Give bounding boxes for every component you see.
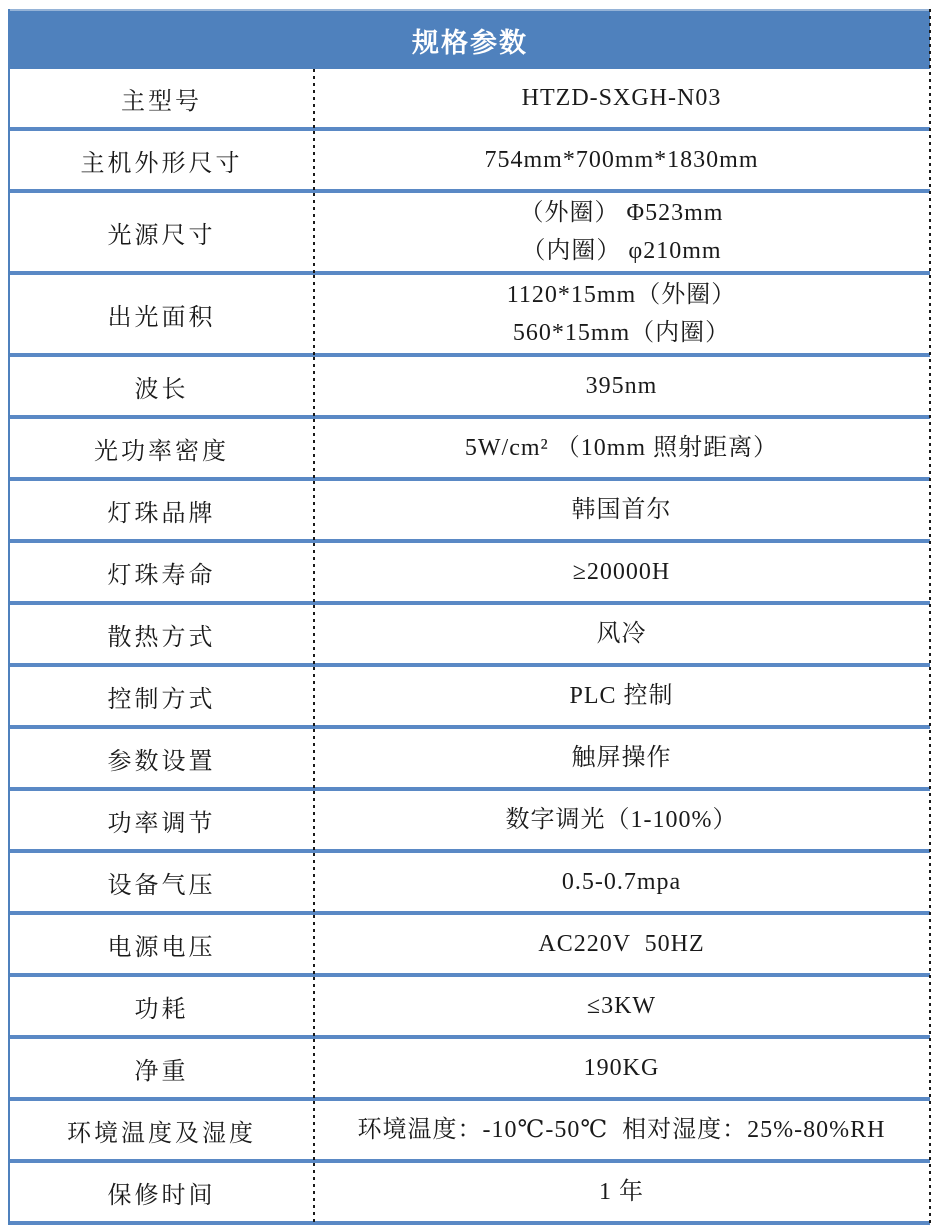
row-value: 触屏操作	[313, 729, 930, 787]
table-row: 主型号HTZD-SXGH-N03	[10, 69, 930, 131]
table-row: 灯珠寿命≥20000H	[10, 543, 930, 605]
column-divider-dotted-line	[313, 853, 315, 915]
column-divider-dotted-line	[313, 1101, 315, 1163]
row-label: 功耗	[10, 977, 313, 1035]
row-label: 控制方式	[10, 667, 313, 725]
row-value: HTZD-SXGH-N03	[313, 69, 930, 127]
row-label: 光源尺寸	[10, 193, 313, 271]
row-value-line: 触屏操作	[572, 739, 672, 777]
row-label: 散热方式	[10, 605, 313, 663]
spec-table: 规格参数 主型号HTZD-SXGH-N03主机外形尺寸754mm*700mm*1…	[8, 9, 930, 1225]
column-divider-dotted-line	[313, 1039, 315, 1101]
row-value: PLC 控制	[313, 667, 930, 725]
row-value: 5W/cm² （10mm 照射距离）	[313, 419, 930, 477]
row-value-line: 5W/cm² （10mm 照射距离）	[465, 429, 778, 467]
table-row: 主机外形尺寸754mm*700mm*1830mm	[10, 131, 930, 193]
row-value: 395nm	[313, 357, 930, 415]
column-divider-dotted-line	[313, 419, 315, 481]
row-label: 灯珠寿命	[10, 543, 313, 601]
table-row: 灯珠品牌韩国首尔	[10, 481, 930, 543]
row-value-line: 风冷	[597, 615, 647, 653]
row-value-line: （内圈） φ210mm	[521, 232, 721, 270]
table-title: 规格参数	[412, 21, 528, 60]
row-value: 190KG	[313, 1039, 930, 1097]
row-label: 净重	[10, 1039, 313, 1097]
table-row: 出光面积1120*15mm（外圈）560*15mm（内圈）	[10, 275, 930, 357]
row-label: 保修时间	[10, 1163, 313, 1221]
table-row: 光功率密度5W/cm² （10mm 照射距离）	[10, 419, 930, 481]
column-divider-dotted-line	[313, 977, 315, 1039]
row-value-line: HTZD-SXGH-N03	[522, 79, 722, 117]
column-divider-dotted-line	[313, 275, 315, 357]
row-value: 数字调光（1-100%）	[313, 791, 930, 849]
table-body: 主型号HTZD-SXGH-N03主机外形尺寸754mm*700mm*1830mm…	[10, 69, 930, 1225]
table-header: 规格参数	[10, 9, 930, 69]
page: 规格参数 主型号HTZD-SXGH-N03主机外形尺寸754mm*700mm*1…	[0, 0, 943, 1231]
table-row: 光源尺寸（外圈） Φ523mm（内圈） φ210mm	[10, 193, 930, 275]
row-label: 光功率密度	[10, 419, 313, 477]
row-value-line: 1 年	[599, 1173, 644, 1211]
table-row: 保修时间1 年	[10, 1163, 930, 1225]
column-divider-dotted-line	[313, 605, 315, 667]
row-value: 1 年	[313, 1163, 930, 1221]
row-label: 环境温度及湿度	[10, 1101, 313, 1159]
column-divider-dotted-line	[313, 667, 315, 729]
table-row: 波长395nm	[10, 357, 930, 419]
row-value: AC220V 50HZ	[313, 915, 930, 973]
row-label: 灯珠品牌	[10, 481, 313, 539]
row-label: 出光面积	[10, 275, 313, 353]
row-value-line: 数字调光（1-100%）	[506, 801, 738, 839]
row-value-line: 环境温度：-10℃-50℃ 相对湿度：25%-80%RH	[358, 1111, 886, 1149]
row-value-line: 395nm	[586, 367, 658, 405]
row-label: 设备气压	[10, 853, 313, 911]
row-value-line: PLC 控制	[569, 677, 673, 715]
row-value-line: 754mm*700mm*1830mm	[484, 141, 758, 179]
row-label: 主型号	[10, 69, 313, 127]
row-label: 功率调节	[10, 791, 313, 849]
table-row: 净重190KG	[10, 1039, 930, 1101]
column-divider-dotted-line	[313, 915, 315, 977]
row-value-line: 1120*15mm（外圈）	[507, 276, 736, 314]
row-label: 主机外形尺寸	[10, 131, 313, 189]
row-value: 韩国首尔	[313, 481, 930, 539]
row-value: 风冷	[313, 605, 930, 663]
row-label: 波长	[10, 357, 313, 415]
column-divider-dotted-line	[313, 543, 315, 605]
row-value-line: 韩国首尔	[572, 491, 672, 529]
row-label: 电源电压	[10, 915, 313, 973]
table-row: 功耗≤3KW	[10, 977, 930, 1039]
row-value-line: ≤3KW	[587, 987, 656, 1025]
column-divider-dotted-line	[313, 69, 315, 131]
row-value: ≥20000H	[313, 543, 930, 601]
column-divider-dotted-line	[313, 131, 315, 193]
column-divider-dotted-line	[313, 357, 315, 419]
column-divider-dotted-line	[313, 729, 315, 791]
row-value: （外圈） Φ523mm（内圈） φ210mm	[313, 193, 930, 271]
row-value-line: AC220V 50HZ	[538, 925, 704, 963]
table-row: 功率调节数字调光（1-100%）	[10, 791, 930, 853]
column-divider-dotted-line	[313, 193, 315, 275]
table-row: 散热方式风冷	[10, 605, 930, 667]
row-value: 1120*15mm（外圈）560*15mm（内圈）	[313, 275, 930, 353]
table-row: 控制方式PLC 控制	[10, 667, 930, 729]
row-value-line: 0.5-0.7mpa	[562, 863, 681, 901]
column-divider-dotted-line	[313, 481, 315, 543]
table-row: 参数设置触屏操作	[10, 729, 930, 791]
table-row: 环境温度及湿度环境温度：-10℃-50℃ 相对湿度：25%-80%RH	[10, 1101, 930, 1163]
table-row: 电源电压AC220V 50HZ	[10, 915, 930, 977]
row-value: 环境温度：-10℃-50℃ 相对湿度：25%-80%RH	[313, 1101, 930, 1159]
row-value-line: 190KG	[584, 1049, 660, 1087]
column-divider-dotted-line	[313, 1163, 315, 1225]
row-value-line: 560*15mm（内圈）	[513, 314, 730, 352]
row-value: ≤3KW	[313, 977, 930, 1035]
column-divider-dotted-line	[313, 791, 315, 853]
row-value-line: ≥20000H	[573, 553, 671, 591]
row-value: 754mm*700mm*1830mm	[313, 131, 930, 189]
row-value-line: （外圈） Φ523mm	[520, 194, 724, 232]
row-label: 参数设置	[10, 729, 313, 787]
table-row: 设备气压0.5-0.7mpa	[10, 853, 930, 915]
row-value: 0.5-0.7mpa	[313, 853, 930, 911]
